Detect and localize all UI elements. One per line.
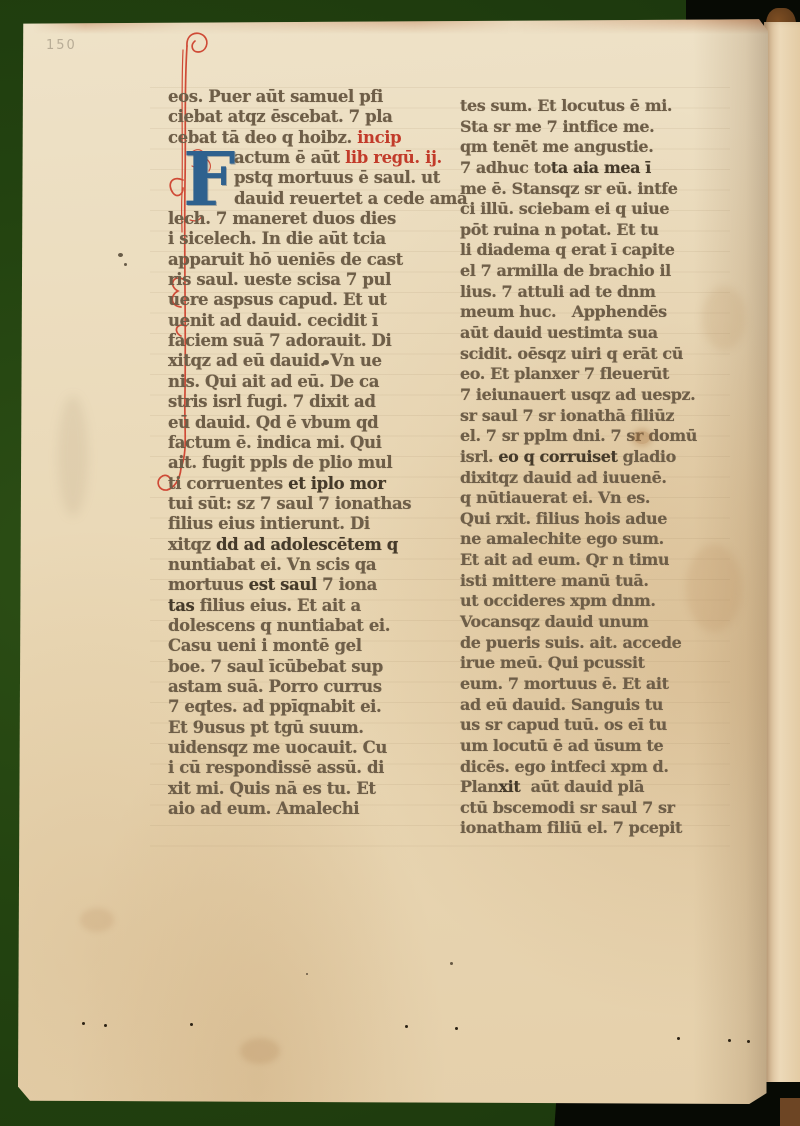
text-line: dauid reuertet a cede ama (168, 189, 434, 209)
text-line: qm tenēt me angustie. (460, 137, 698, 158)
text-line: astam suā. Porro currus (168, 677, 434, 697)
text-line: el 7 armilla de brachio il (460, 261, 698, 282)
text-line: uidensqz me uocauit. Cu (168, 738, 434, 758)
text-segment: faciem suā 7 adorauit. Di (168, 331, 391, 350)
text-segment: i cū respondissē assū. di (168, 758, 384, 777)
text-line: ci illū. sciebam ei q uiue (460, 199, 698, 220)
text-line: Sta sr me 7 intfice me. (460, 117, 698, 138)
manuscript-page: 150 F eos. Puer aūt samuel pficiebat atq… (18, 16, 768, 1104)
text-segment: us sr capud tuū. os eī tu (460, 715, 667, 734)
text-line: Casu ueni i montē gel (168, 636, 434, 656)
pricking-dot (455, 1027, 458, 1030)
text-segment: ris saul. ueste scisa 7 pul (168, 270, 391, 289)
text-segment: dixitqz dauid ad iuuenē. (460, 468, 667, 487)
text-segment: eo q corruiset (498, 447, 622, 466)
underlying-page-edge (764, 22, 800, 1094)
text-segment: meum huc. Apphendēs (460, 302, 667, 321)
text-segment: filius eius. Et ait a (200, 596, 361, 615)
text-segment: Sta sr me 7 intfice me. (460, 117, 654, 136)
pricking-dot (747, 1040, 750, 1043)
text-line: me ē. Stansqz sr eū. intfe (460, 179, 698, 200)
text-segment: sr saul 7 sr ionathā filiūz (460, 406, 674, 425)
text-segment: uere aspsus capud. Et ut (168, 290, 387, 309)
text-segment: li diadema q erat ī capite (460, 240, 674, 259)
text-line: el. 7 sr pplm dni. 7 sr domū (460, 426, 698, 447)
text-segment: tes sum. Et locutus ē mi. (460, 96, 672, 115)
text-segment: irue meū. Qui pcussit (460, 653, 645, 672)
ink-speck (118, 253, 123, 257)
text-segment: filius eius intierunt. Di (168, 514, 370, 533)
text-segment: Vocansqz dauid unum (460, 612, 648, 631)
text-segment: ne amalechite ego sum. (460, 529, 664, 548)
text-line: eū dauid. Qd ē vbum qd (168, 413, 434, 433)
text-segment: gladio (623, 447, 676, 466)
text-line: tui sūt: sz 7 saul 7 ionathas (168, 494, 434, 514)
text-line: i sicelech. In die aūt tcia (168, 229, 434, 249)
text-segment: ti corruentes (168, 474, 288, 493)
text-segment: eos. Puer aūt samuel pfi (168, 87, 383, 106)
text-segment: nuntiabat ei. Vn scis qa (168, 555, 376, 574)
text-segment: 7 adhuc to (460, 158, 551, 177)
text-line: uenit ad dauid. cecidit ī (168, 311, 434, 331)
text-segment: astam suā. Porro currus (168, 677, 382, 696)
text-segment: el. 7 sr pplm dni. 7 sr domū (460, 426, 697, 445)
text-line: Et 9usus pt tgū suum. (168, 718, 434, 738)
text-segment: aūt dauid uestimta sua (460, 323, 658, 342)
text-segment: cebat tā deo q hoibz. (168, 128, 357, 147)
text-segment: dicēs. ego intfeci xpm d. (460, 757, 669, 776)
text-line: apparuit hō ueniēs de cast (168, 250, 434, 270)
text-line: dolescens q nuntiabat ei. (168, 616, 434, 636)
text-segment: tas (168, 596, 200, 615)
text-segment: dd ad adolescētem q (216, 535, 398, 554)
pricking-dot (190, 1023, 193, 1026)
ink-speck (124, 263, 127, 266)
text-line: boe. 7 saul īcūbebat sup (168, 657, 434, 677)
text-segment: ut occideres xpm dnm. (460, 591, 656, 610)
text-segment: 7 ieiunauert usqz ad uespz. (460, 385, 695, 404)
text-line: xit mi. Quis nā es tu. Et (168, 779, 434, 799)
text-segment: isrl. (460, 447, 498, 466)
text-line: tes sum. Et locutus ē mi. (460, 96, 698, 117)
text-segment: incip (357, 128, 401, 147)
text-line: ut occideres xpm dnm. (460, 591, 698, 612)
text-segment: dolescens q nuntiabat ei. (168, 616, 390, 635)
text-segment: ciebat atqz ēscebat. 7 pla (168, 107, 392, 126)
text-segment: nis. Qui ait ad eū. De ca (168, 372, 379, 391)
text-segment: eo. Et planxer 7 fleuerūt (460, 364, 669, 383)
text-segment: pōt ruina n potat. Et tu (460, 220, 658, 239)
text-line: tas filius eius. Et ait a (168, 596, 434, 616)
text-segment: lius. 7 attuli ad te dnm (460, 282, 656, 301)
text-line: li diadema q erat ī capite (460, 240, 698, 261)
text-segment: aio ad eum. Amalechi (168, 799, 359, 818)
text-line: eo. Et planxer 7 fleuerūt (460, 364, 698, 385)
ink-speck (306, 973, 308, 975)
text-segment: factum ē. indica mi. Qui (168, 433, 381, 452)
text-segment: dauid reuertet a cede ama (234, 189, 467, 208)
text-line: lech. 7 maneret duos dies (168, 209, 434, 229)
text-line: pstq mortuus ē saul. ut (168, 168, 434, 188)
pricking-dot (677, 1037, 680, 1040)
text-segment: actum ē aūt (234, 148, 345, 167)
text-line: isrl. eo q corruiset gladio (460, 447, 698, 468)
text-line: ionatham filiū el. 7 pcepit (460, 818, 698, 839)
text-line: meum huc. Apphendēs (460, 302, 698, 323)
text-segment: scidit. oēsqz uiri q erāt cū (460, 344, 683, 363)
ink-speck (323, 360, 329, 365)
text-segment: Et 9usus pt tgū suum. (168, 718, 364, 737)
text-line: nuntiabat ei. Vn scis qa (168, 555, 434, 575)
text-segment: eū dauid. Qd ē vbum qd (168, 413, 378, 432)
text-line: ti corruentes et iplo mor (168, 474, 434, 494)
pricking-dot (82, 1022, 85, 1025)
text-segment: xitqz ad eū dauid. Vn ue (168, 351, 382, 370)
text-segment: ta aia mea ī (551, 158, 651, 177)
text-line: sr saul 7 sr ionathā filiūz (460, 406, 698, 427)
text-segment: Casu ueni i montē gel (168, 636, 362, 655)
stain (80, 908, 114, 932)
text-line: scidit. oēsqz uiri q erāt cū (460, 344, 698, 365)
text-segment: lech. 7 maneret duos dies (168, 209, 396, 228)
text-line: eum. 7 mortuus ē. Et ait (460, 674, 698, 695)
text-line: filius eius intierunt. Di (168, 514, 434, 534)
text-column-left: eos. Puer aūt samuel pficiebat atqz ēsce… (168, 87, 434, 819)
text-line: stris isrl fugi. 7 dixit ad (168, 392, 434, 412)
text-segment: lib regū. ij. (345, 148, 442, 167)
foliation-number: 150 (46, 38, 77, 53)
text-line: factum ē. indica mi. Qui (168, 433, 434, 453)
text-line: uere aspsus capud. Et ut (168, 290, 434, 310)
text-segment: ctū bscemodi sr saul 7 sr (460, 798, 675, 817)
text-segment: et iplo mor (288, 474, 385, 493)
text-segment: uidensqz me uocauit. Cu (168, 738, 387, 757)
text-line: pōt ruina n potat. Et tu (460, 220, 698, 241)
text-segment: xit (499, 777, 521, 796)
text-line: us sr capud tuū. os eī tu (460, 715, 698, 736)
text-segment: el 7 armilla de brachio il (460, 261, 671, 280)
text-line: 7 eqtes. ad ppīqnabit ei. (168, 697, 434, 717)
text-segment: pstq mortuus ē saul. ut (234, 168, 440, 187)
text-line: de pueris suis. ait. accede (460, 633, 698, 654)
text-line: cebat tā deo q hoibz. incip (168, 128, 434, 148)
text-segment: de pueris suis. ait. accede (460, 633, 681, 652)
text-line: xitqz dd ad adolescētem q (168, 535, 434, 555)
text-segment: ci illū. sciebam ei q uiue (460, 199, 669, 218)
text-segment: ionatham filiū el. 7 pcepit (460, 818, 682, 837)
photograph-of-manuscript: 150 F eos. Puer aūt samuel pficiebat atq… (0, 0, 800, 1126)
ink-speck (450, 962, 453, 965)
text-line: aio ad eum. Amalechi (168, 799, 434, 819)
text-segment: apparuit hō ueniēs de cast (168, 250, 403, 269)
text-line: ad eū dauid. Sanguis tu (460, 695, 698, 716)
text-segment: 7 iona (322, 575, 377, 594)
text-line: actum ē aūt lib regū. ij. (168, 148, 434, 168)
text-line: lius. 7 attuli ad te dnm (460, 282, 698, 303)
text-line: ctū bscemodi sr saul 7 sr (460, 798, 698, 819)
text-line: ciebat atqz ēscebat. 7 pla (168, 107, 434, 127)
text-segment: ad eū dauid. Sanguis tu (460, 695, 663, 714)
table-corner (780, 1098, 800, 1126)
stain (58, 396, 88, 516)
text-segment: 7 eqtes. ad ppīqnabit ei. (168, 697, 381, 716)
text-line: dicēs. ego intfeci xpm d. (460, 757, 698, 778)
text-line: mortuus est saul 7 iona (168, 575, 434, 595)
text-line: irue meū. Qui pcussit (460, 653, 698, 674)
text-segment: mortuus (168, 575, 249, 594)
text-segment: Qui rxit. filius hois adue (460, 509, 667, 528)
text-line: nis. Qui ait ad eū. De ca (168, 372, 434, 392)
text-line: dixitqz dauid ad iuuenē. (460, 468, 698, 489)
text-segment: xitqz (168, 535, 216, 554)
text-line: i cū respondissē assū. di (168, 758, 434, 778)
text-segment: xit mi. Quis nā es tu. Et (168, 779, 376, 798)
text-line: um locutū ē ad ūsum te (460, 736, 698, 757)
text-segment: isti mittere manū tuā. (460, 571, 649, 590)
text-segment: i sicelech. In die aūt tcia (168, 229, 386, 248)
stain (240, 1038, 280, 1064)
text-line: ait. fugit ppls de plio mul (168, 453, 434, 473)
text-line: 7 ieiunauert usqz ad uespz. (460, 385, 698, 406)
text-segment: tui sūt: sz 7 saul 7 ionathas (168, 494, 411, 513)
text-line: Planxit aūt dauid plā (460, 777, 698, 798)
text-line: q nūtiauerat ei. Vn es. (460, 488, 698, 509)
text-segment: ait. fugit ppls de plio mul (168, 453, 392, 472)
pricking-dot (405, 1025, 408, 1028)
text-line: eos. Puer aūt samuel pfi (168, 87, 434, 107)
text-line: Qui rxit. filius hois adue (460, 509, 698, 530)
text-line: ne amalechite ego sum. (460, 529, 698, 550)
text-segment: q nūtiauerat ei. Vn es. (460, 488, 650, 507)
text-segment: eum. 7 mortuus ē. Et ait (460, 674, 669, 693)
text-line: faciem suā 7 adorauit. Di (168, 331, 434, 351)
text-segment: Et ait ad eum. Qr n timu (460, 550, 669, 569)
text-column-right: tes sum. Et locutus ē mi.Sta sr me 7 int… (460, 96, 698, 839)
pricking-dot (728, 1039, 731, 1042)
text-segment: um locutū ē ad ūsum te (460, 736, 663, 755)
text-line: isti mittere manū tuā. (460, 571, 698, 592)
text-segment: uenit ad dauid. cecidit ī (168, 311, 378, 330)
text-line: ris saul. ueste scisa 7 pul (168, 270, 434, 290)
text-line: xitqz ad eū dauid. Vn ue (168, 351, 434, 371)
text-line: 7 adhuc tota aia mea ī (460, 158, 698, 179)
text-segment: me ē. Stansqz sr eū. intfe (460, 179, 678, 198)
text-line: Vocansqz dauid unum (460, 612, 698, 633)
text-segment: boe. 7 saul īcūbebat sup (168, 657, 383, 676)
text-line: Et ait ad eum. Qr n timu (460, 550, 698, 571)
text-line: aūt dauid uestimta sua (460, 323, 698, 344)
text-segment: qm tenēt me angustie. (460, 137, 653, 156)
pricking-dot (104, 1024, 107, 1027)
text-segment: stris isrl fugi. 7 dixit ad (168, 392, 376, 411)
text-segment: est saul (249, 575, 323, 594)
text-segment: Plan (460, 777, 499, 796)
text-segment: aūt dauid plā (520, 777, 644, 796)
